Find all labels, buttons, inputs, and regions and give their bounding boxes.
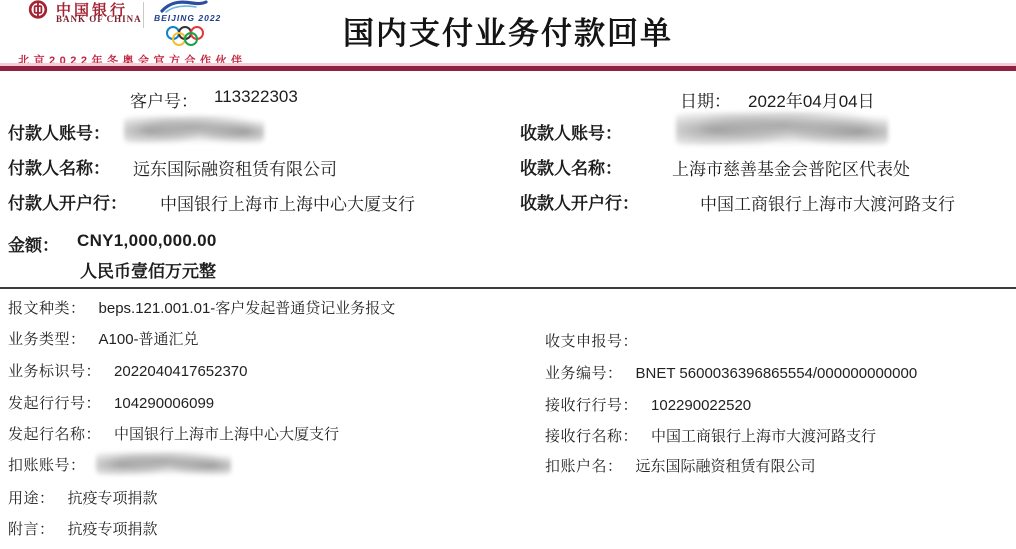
detail-label: 发起行行号： — [8, 395, 101, 412]
detail-label: 业务标识号： — [8, 363, 101, 380]
redacted-payer-account — [124, 116, 264, 143]
page-title: 国内支付业务付款回单 — [0, 8, 1016, 53]
customer-no-label: 客户号： — [130, 87, 198, 112]
detail-value: 104290006099 — [114, 395, 214, 412]
detail-value: 抗疫专项捐款 — [68, 521, 158, 538]
section-divider — [0, 287, 1016, 289]
detail-value: beps.121.001.01-客户发起普通贷记业务报文 — [99, 300, 396, 317]
detail-label: 业务编号： — [545, 365, 623, 382]
detail-label: 用途： — [8, 490, 55, 507]
detail-row-purpose: 用途：抗疫专项捐款 — [8, 487, 158, 508]
detail-label: 接收行行号： — [545, 397, 638, 414]
detail-value: A100-普通汇兑 — [99, 331, 199, 348]
detail-label: 扣账户名： — [545, 458, 623, 475]
detail-value: 中国工商银行上海市大渡河路支行 — [651, 428, 876, 445]
detail-row-postscript: 附言：抗疫专项捐款 — [8, 518, 158, 539]
payer-name-label: 付款人名称： — [8, 154, 110, 179]
detail-label: 附言： — [8, 521, 55, 538]
detail-value: BNET 5600036396865554/000000000000 — [636, 365, 918, 382]
amount-label: 金额： — [8, 231, 59, 256]
detail-row-debit-account-name: 扣账户名：远东国际融资租赁有限公司 — [545, 455, 816, 476]
detail-value: 2022040417652370 — [114, 363, 247, 380]
customer-no-value: 113322303 — [214, 87, 298, 107]
detail-row-debit-account: 扣账账号： — [8, 452, 231, 475]
detail-label: 报文种类： — [8, 300, 86, 317]
detail-row-declaration-no: 收支申报号： — [545, 330, 651, 351]
redacted-payee-account — [676, 112, 888, 145]
payer-bank-label: 付款人开户行： — [8, 189, 127, 214]
payer-name-value: 远东国际融资租赁有限公司 — [133, 155, 337, 180]
detail-label: 接收行名称： — [545, 428, 638, 445]
payee-name-value: 上海市慈善基金会普陀区代表处 — [672, 155, 910, 180]
date-value: 2022年04月04日 — [748, 87, 875, 112]
detail-row-business-id: 业务标识号：2022040417652370 — [8, 360, 248, 381]
detail-row-business-no: 业务编号：BNET 5600036396865554/000000000000 — [545, 362, 917, 383]
detail-row-receiver-bank-no: 接收行行号：102290022520 — [545, 394, 751, 415]
detail-row-receiver-bank-name: 接收行名称：中国工商银行上海市大渡河路支行 — [545, 425, 876, 446]
detail-row-initiator-bank-name: 发起行名称：中国银行上海市上海中心大厦支行 — [8, 423, 339, 444]
amount-value: CNY1,000,000.00 — [77, 231, 217, 251]
payment-receipt-document: 中国银行 BANK OF CHINA BEIJING 2022 北京2022年冬… — [0, 0, 1016, 549]
detail-label: 扣账账号： — [8, 457, 86, 474]
payee-name-label: 收款人名称： — [520, 154, 622, 179]
detail-label: 业务类型： — [8, 331, 86, 348]
detail-label: 收支申报号： — [545, 333, 638, 350]
detail-row-initiator-bank-no: 发起行行号：104290006099 — [8, 392, 214, 413]
redacted-debit-account — [96, 452, 231, 475]
amount-in-words: 人民币壹佰万元整 — [80, 257, 216, 282]
detail-label: 发起行名称： — [8, 426, 101, 443]
header-rule — [0, 66, 1016, 71]
date-label: 日期： — [680, 87, 731, 112]
payer-account-label: 付款人账号： — [8, 119, 110, 144]
detail-value: 102290022520 — [651, 397, 751, 414]
payer-bank-value: 中国银行上海市上海中心大厦支行 — [160, 190, 415, 215]
payee-bank-value: 中国工商银行上海市大渡河路支行 — [700, 190, 955, 215]
detail-value: 中国银行上海市上海中心大厦支行 — [114, 426, 339, 443]
detail-value: 远东国际融资租赁有限公司 — [636, 458, 816, 475]
payee-account-label: 收款人账号： — [520, 119, 622, 144]
detail-row-message-type: 报文种类：beps.121.001.01-客户发起普通贷记业务报文 — [8, 297, 395, 318]
payee-bank-label: 收款人开户行： — [520, 189, 639, 214]
detail-value: 抗疫专项捐款 — [68, 490, 158, 507]
detail-row-business-type: 业务类型：A100-普通汇兑 — [8, 328, 199, 349]
